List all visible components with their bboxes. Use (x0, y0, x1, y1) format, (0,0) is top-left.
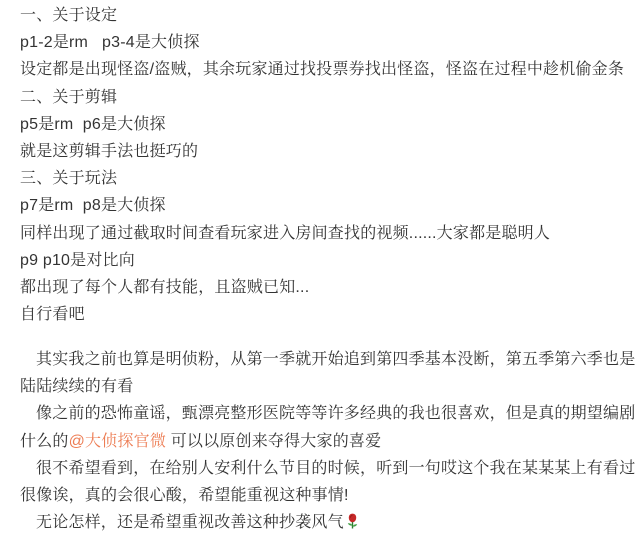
line-p5-p6: p5是rm p6是大侦探 (20, 111, 638, 138)
line-setting-desc: 设定都是出现怪盗/盗贼，其余玩家通过找投票券找出怪盗，怪盗在过程中趁机偷金条 (20, 56, 638, 83)
paragraph-complaint-line-2: 很像诶，真的会很心酸，希望能重视这种事情! (20, 482, 638, 509)
line-gameplay-desc: 同样出现了通过截取时间查看玩家进入房间查找的视频......大家都是聪明人 (20, 220, 638, 247)
line-skills-desc: 都出现了每个人都有技能，且盗贼已知... (20, 274, 638, 301)
mention-link[interactable]: @大侦探官微 (69, 433, 166, 450)
closing-line-text: 无论怎样，还是希望重视改善这种抄袭风气 (36, 514, 344, 531)
paragraph-complaint-line-1: 很不希望看到，在给别人安利什么节目的时候，听到一句哎这个我在某某某上有看过 (20, 455, 638, 482)
paragraph-fan-history-line-2: 陆陆续续的有看 (20, 373, 638, 400)
section-1-heading: 一、关于设定 (20, 2, 638, 29)
line-see-yourself: 自行看吧 (20, 301, 638, 328)
rose-emoji (346, 513, 359, 529)
post-body: 一、关于设定 p1-2是rm p3-4是大侦探 设定都是出现怪盗/盗贼，其余玩家… (0, 0, 640, 538)
line-p1-p2: p1-2是rm p3-4是大侦探 (20, 29, 638, 56)
section-3-heading: 三、关于玩法 (20, 165, 638, 192)
line-p9-p10: p9 p10是对比向 (20, 247, 638, 274)
mention-line-after: 可以以原创来夺得大家的喜爱 (166, 433, 381, 450)
mention-line-before: 什么的 (20, 433, 69, 450)
paragraph-classics-line-1: 像之前的恐怖童谣，甄漂亮整形医院等等许多经典的我也很喜欢，但是真的期望编剧 (20, 400, 638, 427)
paragraph-classics-line-2: 什么的@大侦探官微 可以以原创来夺得大家的喜爱 (20, 428, 638, 455)
line-editing-desc: 就是这剪辑手法也挺巧的 (20, 138, 638, 165)
paragraph-fan-history-line-1: 其实我之前也算是明侦粉，从第一季就开始追到第四季基本没断，第五季第六季也是 (20, 346, 638, 373)
line-p7-p8: p7是rm p8是大侦探 (20, 192, 638, 219)
paragraph-gap (20, 328, 638, 346)
section-2-heading: 二、关于剪辑 (20, 84, 638, 111)
closing-line: 无论怎样，还是希望重视改善这种抄袭风气 (20, 509, 638, 536)
